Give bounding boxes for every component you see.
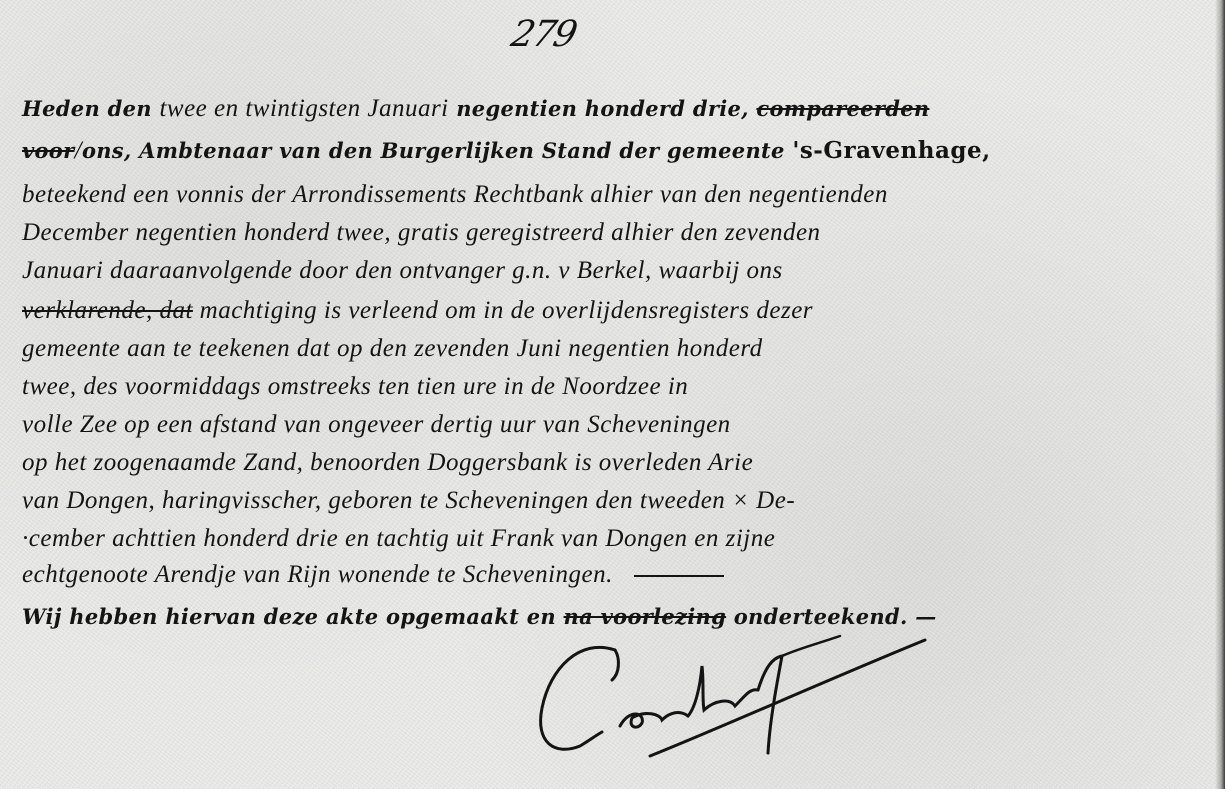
folio-number: 279 (508, 14, 579, 55)
record-line-7: gemeente aan te teekenen dat op den zeve… (22, 334, 763, 364)
record-line-9: volle Zee op een afstand van ongeveer de… (22, 410, 731, 440)
printed-text: ons, Ambtenaar van den Burgerlijken Stan… (82, 138, 792, 163)
record-line-2: voor/ons, Ambtenaar van den Burgerlijken… (22, 136, 991, 166)
handwritten-text: twee, des voormiddags omstreeks ten tien… (22, 373, 688, 400)
printed-text: negentien honderd drie, (449, 96, 757, 121)
handwritten-text: December negentien honderd twee, gratis … (22, 219, 821, 246)
record-line-4: December negentien honderd twee, gratis … (22, 218, 821, 248)
struck-text: verklarende, dat (22, 297, 193, 324)
record-line-3: beteekend een vonnis der Arrondissements… (22, 180, 888, 210)
handwritten-text: echtgenoote Arendje van Rijn wonende te … (22, 561, 613, 588)
handwritten-text: op het zoogenaamde Zand, benoorden Dogge… (22, 449, 753, 476)
closing-dash (634, 575, 724, 577)
handwritten-mark: / (74, 137, 81, 164)
record-line-6: verklarende, dat machtiging is verleend … (22, 296, 813, 326)
record-line-13: echtgenoote Arendje van Rijn wonende te … (22, 560, 724, 590)
printed-text: onderteekend. — (726, 604, 936, 629)
page-edge-shadow (1215, 0, 1225, 789)
struck-text: voor (22, 138, 74, 163)
handwritten-text: ·cember achttien honderd drie en tachtig… (22, 525, 775, 552)
printed-text: Wij hebben hiervan deze akte opgemaakt e… (22, 604, 564, 629)
municipality-name: 's-Gravenhage, (792, 137, 990, 164)
record-line-11: van Dongen, haringvisscher, geboren te S… (22, 486, 795, 516)
handwritten-date: twee en twintigsten Januari (159, 95, 448, 122)
official-signature (520, 628, 940, 778)
handwritten-text: machtiging is verleend om in de overlijd… (193, 297, 813, 324)
scanned-document-page: 279 Heden den twee en twintigsten Januar… (0, 0, 1225, 789)
margin-insertion-mark: × De- (725, 487, 795, 514)
printed-text: Heden den (22, 96, 159, 121)
record-line-8: twee, des voormiddags omstreeks ten tien… (22, 372, 688, 402)
handwritten-text: Januari daaraanvolgende door den ontvang… (22, 257, 783, 284)
handwritten-text: van Dongen, haringvisscher, geboren te S… (22, 487, 725, 514)
handwritten-text: gemeente aan te teekenen dat op den zeve… (22, 335, 763, 362)
struck-text: na voorlezing (564, 604, 727, 629)
handwritten-text: beteekend een vonnis der Arrondissements… (22, 181, 888, 208)
handwritten-text: volle Zee op een afstand van ongeveer de… (22, 411, 731, 438)
record-line-10: op het zoogenaamde Zand, benoorden Dogge… (22, 448, 753, 478)
record-line-5: Januari daaraanvolgende door den ontvang… (22, 256, 783, 286)
record-line-1: Heden den twee en twintigsten Januari ne… (22, 94, 929, 124)
struck-text: compareerden (756, 96, 929, 121)
record-line-12: ·cember achttien honderd drie en tachtig… (22, 524, 775, 554)
